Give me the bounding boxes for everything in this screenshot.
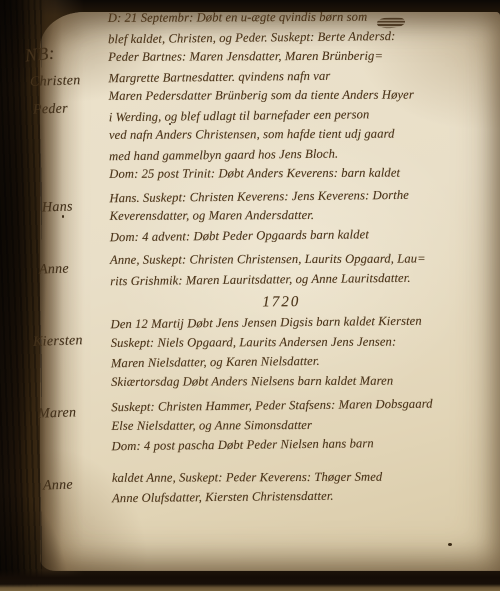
margin-note: Hans — [42, 199, 73, 216]
manuscript-line: Maren Pedersdatter Brünberig som da tien… — [109, 85, 499, 106]
ink-speck — [169, 123, 171, 125]
manuscript-line: Dom: 4 advent: Døbt Peder Opgaards barn … — [110, 223, 500, 247]
ink-speck — [62, 215, 64, 218]
manuscript-line: Dom: 4 post pascha Døbt Peder Nielsen ha… — [112, 433, 500, 457]
manuscript-line: Keverensdatter, og Maren Andersdatter. — [110, 205, 500, 226]
margin-note: NB: — [24, 42, 56, 66]
manuscript-line: ved nafn Anders Christensen, som hafde t… — [109, 124, 499, 145]
manuscript-line: D: 21 Septembr: Døbt en u-ægte qvindis b… — [108, 7, 498, 28]
manuscript-line: Maren Nielsdatter, og Karen Nielsdatter. — [111, 350, 500, 374]
manuscript-line: Anne, Suskept: Christen Christensen, Lau… — [110, 249, 500, 270]
margin-note: Anne — [43, 477, 74, 494]
manuscript-photo: NB:ChristenPederHansAnneKierstenMarenAnn… — [0, 0, 500, 591]
manuscript-line: Skiærtorsdag Døbt Anders Nielsens barn k… — [111, 371, 500, 392]
text-column: D: 21 Septembr: Døbt en u-ægte qvindis b… — [108, 6, 500, 508]
manuscript-line: rits Grishmik: Maren Lauritsdatter, og A… — [110, 267, 500, 291]
manuscript-line: Suskept: Christen Hammer, Peder Stafsens… — [111, 394, 500, 418]
margin-note: Anne — [39, 261, 70, 278]
manuscript-line: Peder Bartnes: Maren Jensdatter, Maren B… — [108, 46, 498, 67]
margin-note: Kiersten — [33, 333, 83, 351]
manuscript-line: Anne Olufsdatter, Kiersten Christensdatt… — [112, 485, 500, 509]
margin-note: Maren — [38, 405, 77, 422]
manuscript-line: Den 12 Martij Døbt Jens Jensen Digsis ba… — [110, 311, 500, 335]
manuscript-line: Dom: 25 post Trinit: Døbt Anders Keveren… — [109, 163, 499, 184]
margin-note: Christen — [30, 73, 81, 91]
ink-speck — [448, 543, 452, 546]
margin-note: Peder — [33, 101, 68, 118]
